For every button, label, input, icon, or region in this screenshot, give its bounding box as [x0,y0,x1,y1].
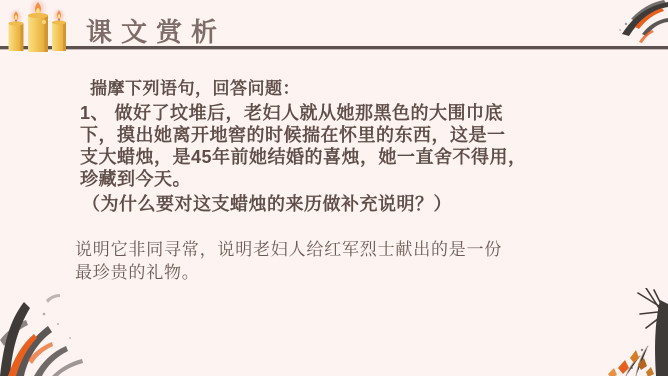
question-text: （为什么要对这支蜡烛的来历做补充说明？） [82,193,540,215]
ink-brush-flourish-icon [582,0,668,48]
passage-line: 下，摸出她离开地窖的时候揣在怀里的东西，这是一 [80,124,540,146]
passage-line: 珍藏到今天。 [80,168,540,190]
passage-line: 支大蜡烛，是45年前她结婚的喜烛，她一直舍不得用， [80,146,540,168]
presentation-slide: 课文赏析 揣摩下列语句，回答问题： 1、 做好了坟堆后，老妇人就从她那黑色的大围… [0,0,668,376]
answer-line: 说明它非同寻常，说明老妇人给红军烈士献出的是一份 [75,238,525,261]
page-title: 课文赏析 [86,12,226,49]
passage-block: 揣摩下列语句，回答问题： 1、 做好了坟堆后，老妇人就从她那黑色的大围巾底 下，… [80,78,540,215]
answer-block: 说明它非同寻常，说明老妇人给红军烈士献出的是一份 最珍贵的礼物。 [75,238,525,284]
ink-branch-with-orange-leaves-icon [596,288,668,376]
passage-line: 1、 做好了坟堆后，老妇人就从她那黑色的大围巾底 [80,102,540,124]
header-divider-line [0,46,668,49]
prompt-text: 揣摩下列语句，回答问题： [90,78,540,100]
answer-line: 最珍贵的礼物。 [75,261,525,284]
ink-brush-grass-icon [0,280,122,376]
three-lit-candles-icon [2,0,78,56]
